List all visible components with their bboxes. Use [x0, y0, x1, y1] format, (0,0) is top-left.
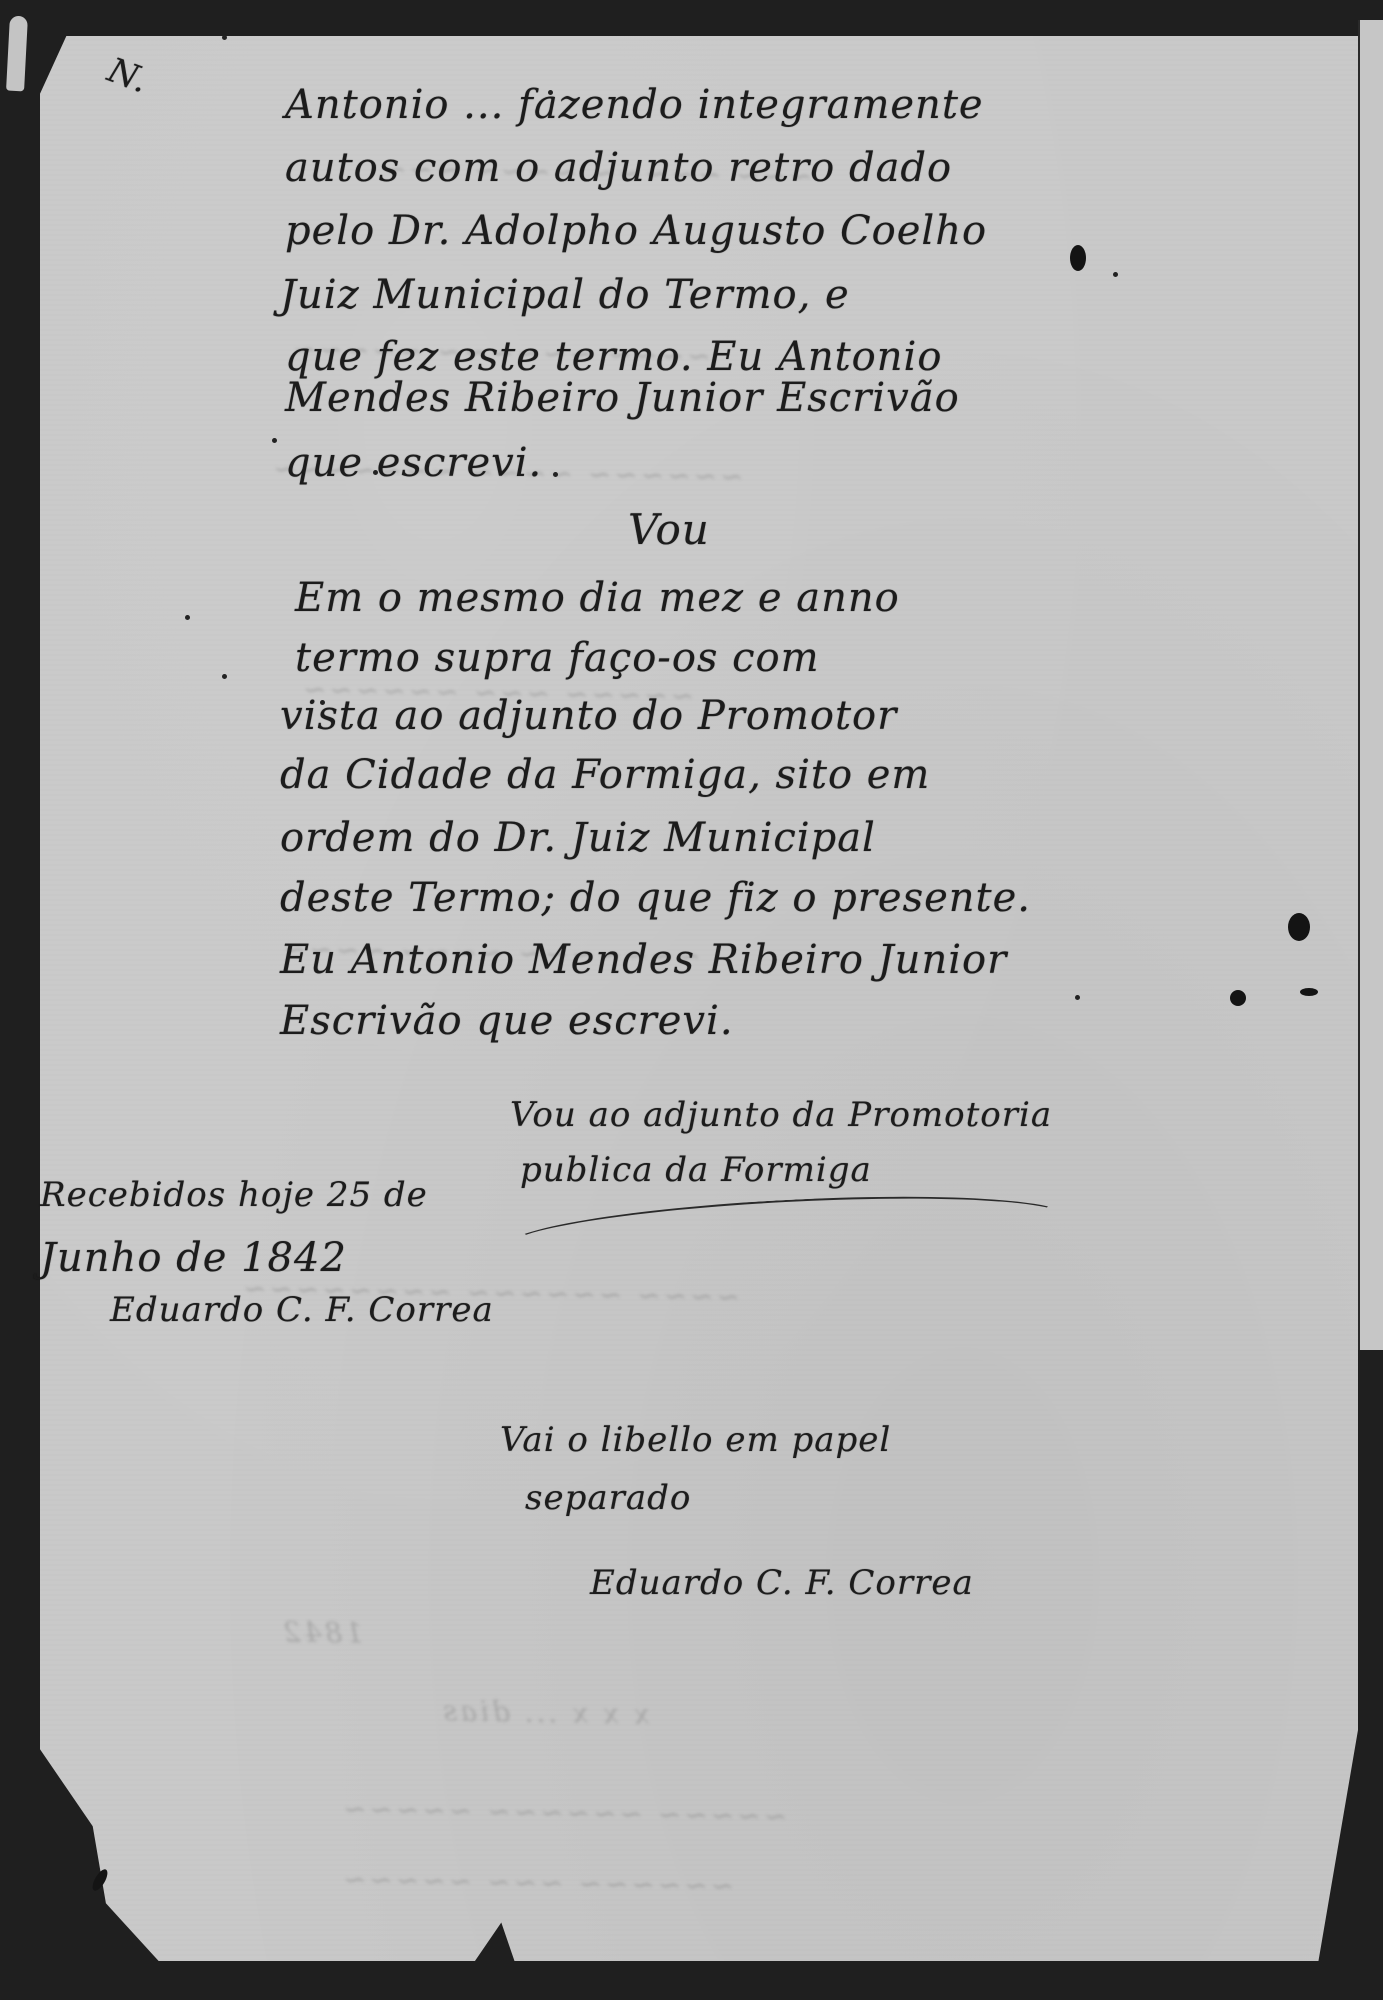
ink-speck — [185, 615, 190, 620]
ink-speck — [222, 674, 227, 679]
bleed-through-text: 1842 — [280, 1615, 364, 1649]
text-line: Mendes Ribeiro Junior Escrivão — [285, 375, 960, 421]
text-line: termo supra faço-os com — [295, 635, 820, 681]
bleed-through-text: ~~~~~ ~~~~~~ ~~~~~ — [340, 1792, 788, 1833]
text-line: Vai o libello em papel — [500, 1420, 891, 1460]
text-line: Recebidos hoje 25 de — [40, 1175, 428, 1215]
ink-speck — [553, 472, 558, 477]
text-line: Escrivão que escrevi. — [280, 998, 734, 1044]
ink-blot — [1288, 913, 1310, 941]
text-line: autos com o adjunto retro dado — [285, 145, 952, 191]
text-line: publica da Formiga — [520, 1150, 872, 1190]
text-line: vista ao adjunto do Promotor — [280, 693, 897, 739]
text-line: Juiz Municipal do Termo, e — [280, 272, 850, 318]
ink-speck — [320, 700, 325, 705]
text-line: deste Termo; do que fiz o presente. — [280, 875, 1031, 921]
ink-blot — [1300, 988, 1318, 996]
text-line: Eu Antonio Mendes Ribeiro Junior — [280, 937, 1007, 983]
signature: Eduardo C. F. Correa — [110, 1290, 494, 1330]
text-line: separado — [525, 1478, 691, 1518]
bleed-through-text: x x x ... dias — [440, 1694, 650, 1731]
ink-speck — [1113, 272, 1118, 277]
text-line: que fez este termo. Eu Antonio — [285, 334, 942, 380]
ink-blot — [1070, 245, 1086, 271]
signature: Eduardo C. F. Correa — [590, 1563, 974, 1603]
ink-blot — [1230, 990, 1246, 1006]
text-line: da Cidade da Formiga, sito em — [280, 752, 930, 798]
text-line: Em o mesmo dia mez e anno — [295, 575, 900, 621]
text-line: ordem do Dr. Juiz Municipal — [280, 815, 876, 861]
text-line: pelo Dr. Adolpho Augusto Coelho — [285, 208, 987, 254]
adjacent-page-edge — [1358, 20, 1383, 1350]
ink-speck — [1075, 995, 1080, 1000]
ink-speck — [373, 470, 378, 475]
text-line: que escrevi. — [285, 440, 542, 486]
section-heading: Vou — [628, 505, 710, 554]
bleed-through-text: ~~~~~~ ~~~ ~~~~~ — [340, 1863, 735, 1903]
text-line: Vou ao adjunto da Promotoria — [510, 1095, 1052, 1135]
text-line: Antonio ... fazendo integramente — [285, 82, 984, 128]
ink-speck — [548, 90, 553, 95]
ink-speck — [272, 438, 277, 443]
ink-speck — [222, 35, 227, 40]
text-line: Junho de 1842 — [40, 1235, 347, 1281]
